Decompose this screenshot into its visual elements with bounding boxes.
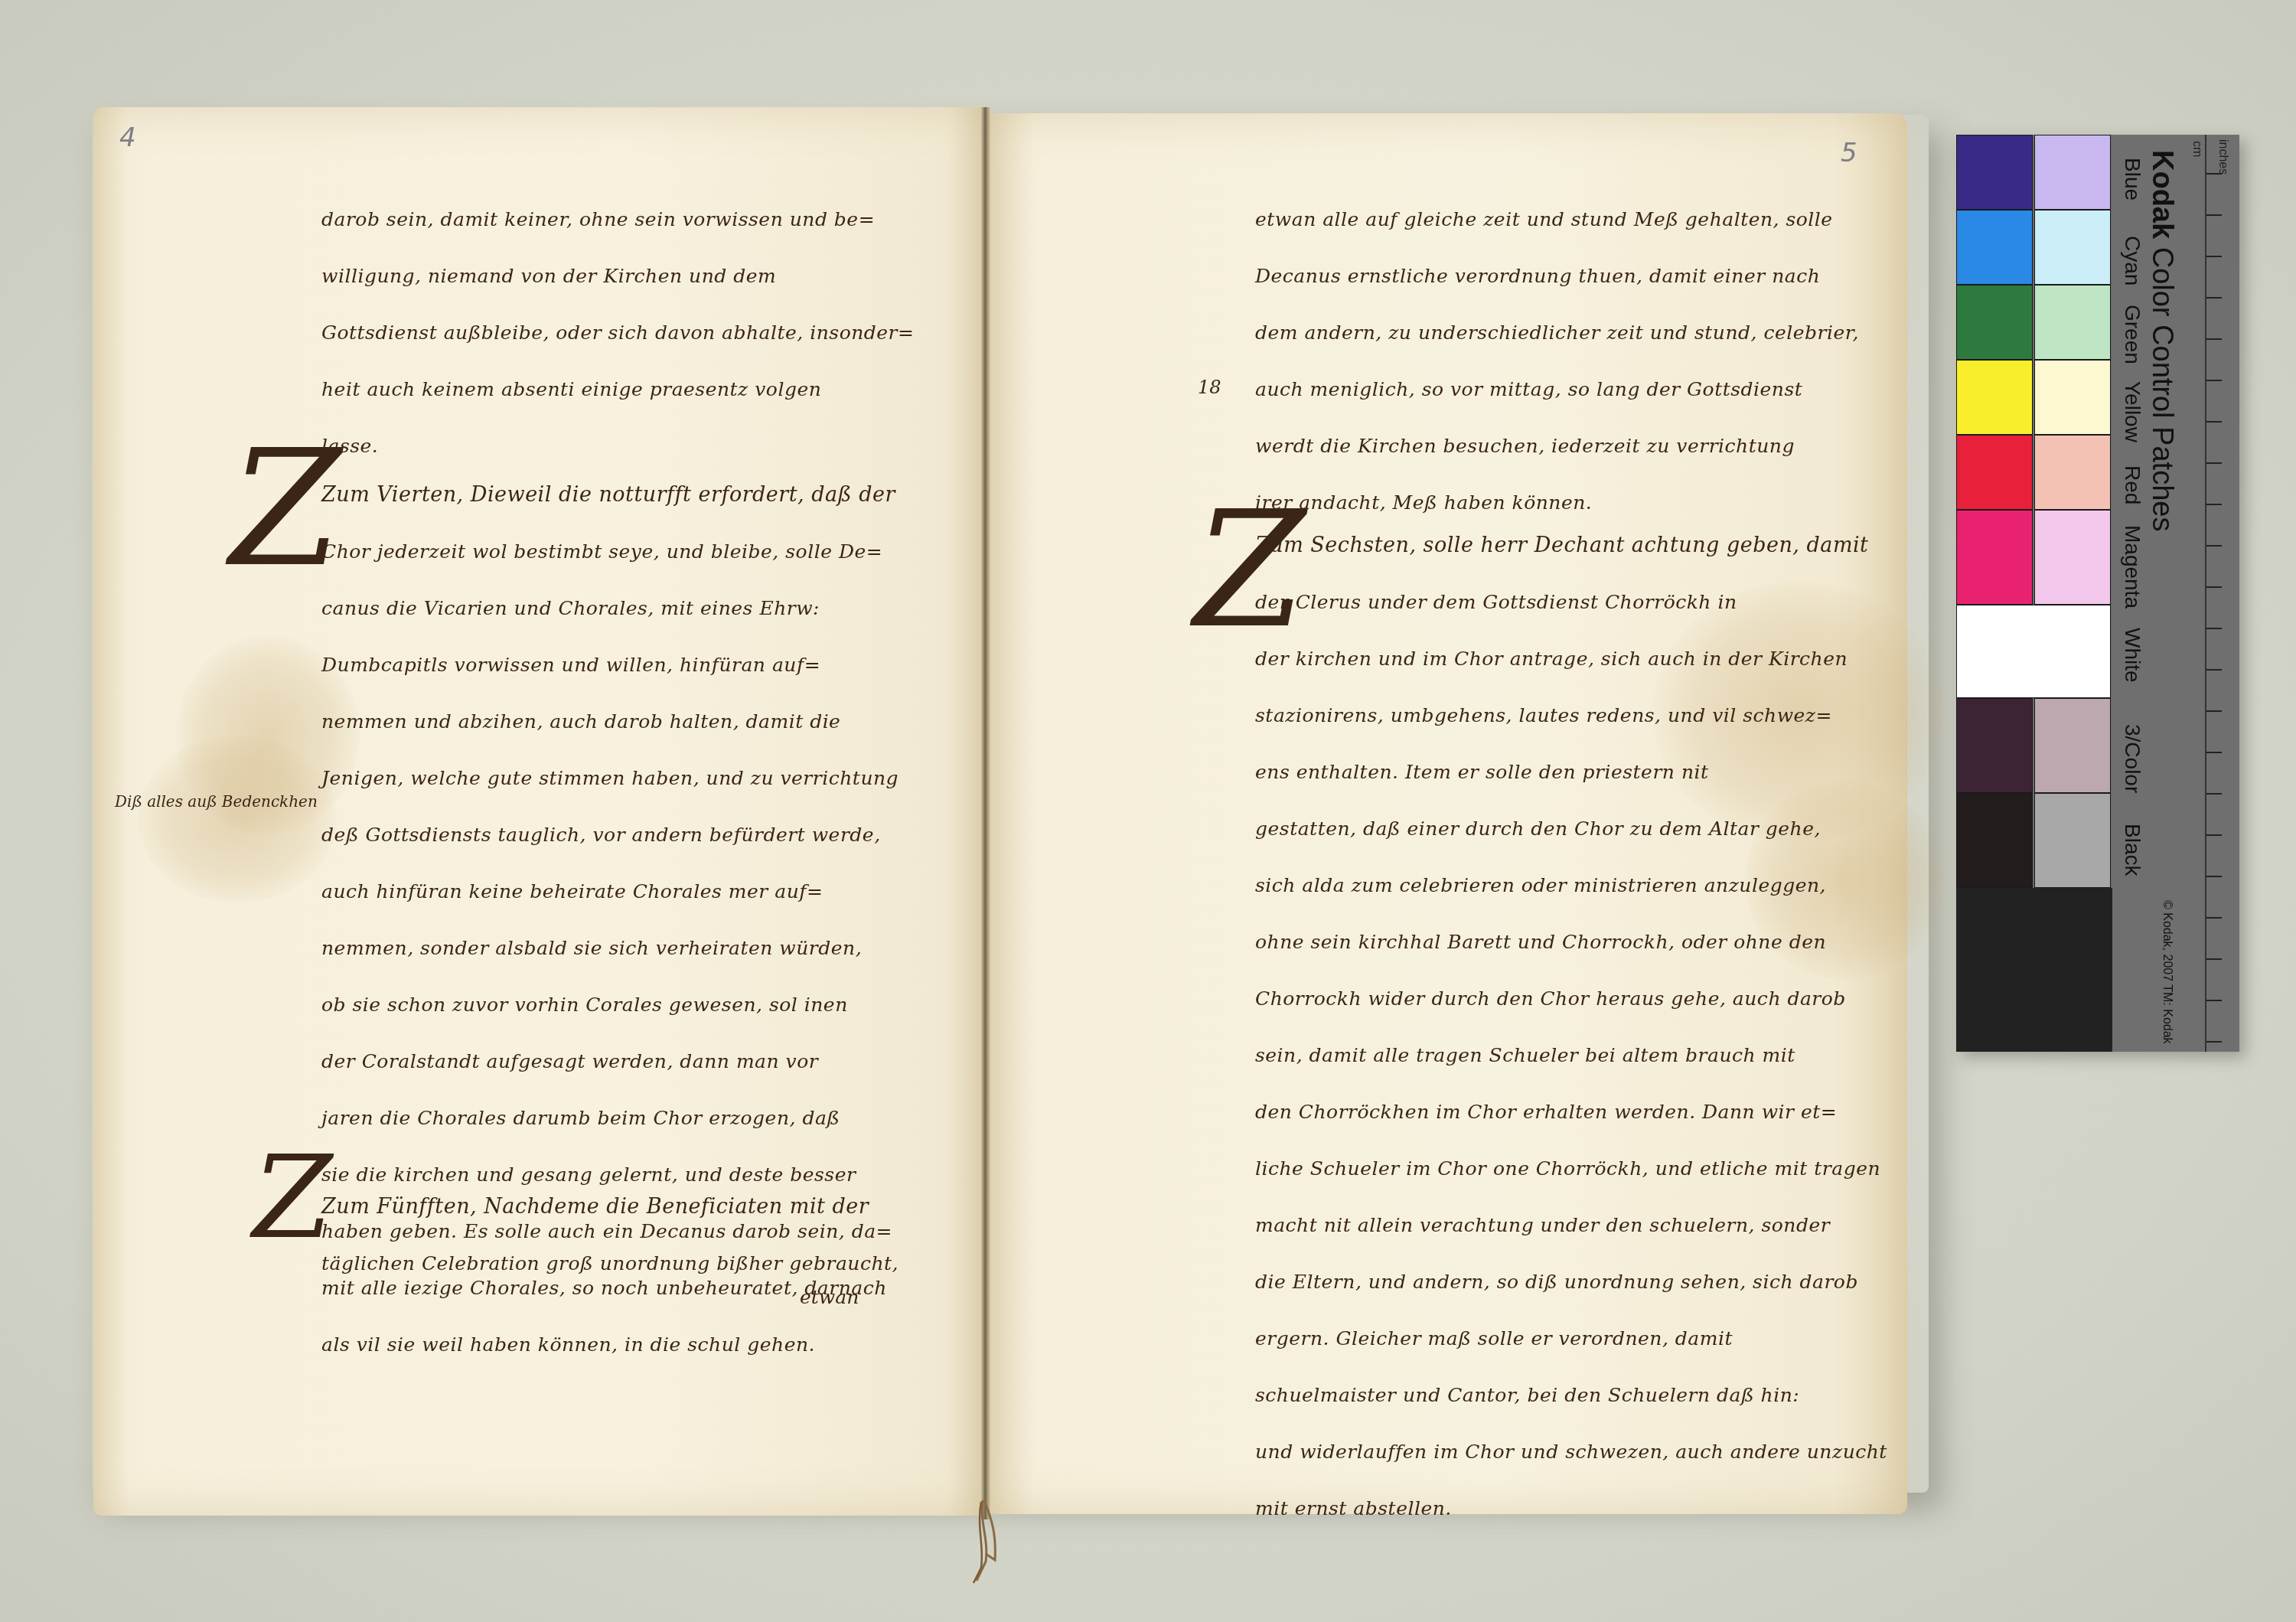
ruler-tick — [2206, 628, 2222, 629]
text-line: Gottsdienst außbleibe, oder sich davon a… — [321, 305, 915, 361]
patch-label-blue: Blue — [2120, 158, 2144, 201]
ruler-tick — [2206, 256, 2222, 257]
text-line: deß Gottsdiensts tauglich, vor andern be… — [321, 807, 899, 863]
ruler-tick — [2206, 876, 2222, 877]
text-line: willigung, niemand von der Kirchen und d… — [321, 248, 915, 305]
ruler-tick — [2206, 338, 2222, 340]
left-page-text-section-5: Zum Fünfften, Nachdeme die Beneficiaten … — [321, 1179, 899, 1292]
target-title: Color Control Patches — [2146, 247, 2178, 532]
text-line: sich alda zum celebrieren oder ministrie… — [1255, 857, 1887, 914]
ruler-tick — [2206, 173, 2222, 175]
ruler-tick — [2206, 1041, 2222, 1043]
ruler-tick — [2206, 793, 2222, 795]
text-line: täglichen Celebration groß unordnung biß… — [321, 1235, 899, 1292]
text-line: schuelmaister und Cantor, bei den Schuel… — [1255, 1367, 1887, 1424]
ruler-tick — [2206, 752, 2222, 753]
section-heading: Zum Fünfften, Nachdeme die Beneficiaten … — [321, 1179, 899, 1235]
text-line: auch meniglich, so vor mittag, so lang d… — [1255, 361, 1859, 418]
margin-number: 18 — [1198, 377, 1221, 398]
right-page-text-section-6: Zum Sechsten, solle herr Dechant achtung… — [1255, 517, 1887, 1537]
patch-3color-dark — [1956, 698, 2033, 793]
text-line: heit auch keinem absenti einige praesent… — [321, 361, 915, 418]
text-line: der kirchen und im Chor antrage, sich au… — [1255, 631, 1887, 687]
section-heading: Zum Vierten, Dieweil die notturfft erfor… — [321, 467, 899, 524]
patch-cyan-light — [2034, 210, 2111, 285]
water-stain — [138, 735, 337, 903]
ruler-tick — [2206, 669, 2222, 671]
text-line: die Eltern, und andern, so diß unordnung… — [1255, 1254, 1887, 1310]
patch-black-extension — [1956, 888, 2112, 1052]
ruler-unit-cm: cm — [2190, 141, 2203, 157]
ruler-tick — [2206, 421, 2222, 423]
folio-number-left: 4 — [119, 122, 136, 153]
text-line: stazionirens, umbgehens, lautes redens, … — [1255, 687, 1887, 744]
text-line: ohne sein kirchhal Barett und Chorrockh,… — [1255, 914, 1887, 971]
ruler-tick — [2206, 504, 2222, 505]
text-line: macht nit allein verachtung under den sc… — [1255, 1197, 1887, 1254]
kodak-color-control-patches: Blue Cyan Green Yellow Red Magenta White… — [1956, 135, 2239, 1052]
patch-red-light — [2034, 435, 2111, 510]
text-line: dem andern, zu underschiedlicher zeit un… — [1255, 305, 1859, 361]
patch-magenta-dark — [1956, 510, 2033, 605]
patch-green-light — [2034, 285, 2111, 360]
ruler-tick — [2206, 214, 2222, 216]
patch-white — [1956, 605, 2111, 698]
text-line: der Coralstandt aufgesagt werden, dann m… — [321, 1033, 899, 1090]
ruler-tick — [2206, 586, 2222, 588]
patch-label-red: Red — [2120, 465, 2144, 504]
patch-blue-dark — [1956, 135, 2033, 210]
ruler-tick — [2206, 545, 2222, 547]
text-line: nemmen und abzihen, auch darob halten, d… — [321, 694, 899, 750]
text-line: ens enthalten. Item er solle den prieste… — [1255, 744, 1887, 801]
patch-red-dark — [1956, 435, 2033, 510]
text-line: den Chorröckhen im Chor erhalten werden.… — [1255, 1084, 1887, 1141]
ruler-unit-inches: inches — [2216, 139, 2229, 175]
binding-thread — [966, 1500, 1004, 1584]
ruler-tick — [2206, 834, 2222, 836]
patch-green-dark — [1956, 285, 2033, 360]
patch-label-green: Green — [2120, 305, 2144, 364]
text-line: und widerlauffen im Chor und schwezen, a… — [1255, 1424, 1887, 1480]
text-line: etwan alle auf gleiche zeit und stund Me… — [1255, 191, 1859, 248]
ruler-tick — [2206, 1000, 2222, 1001]
patch-magenta-light — [2034, 510, 2111, 605]
patch-black-dark — [1956, 793, 2033, 888]
patch-label-black: Black — [2120, 824, 2144, 876]
text-line: Dumbcapitls vorwissen und willen, hinfür… — [321, 637, 899, 694]
text-line: Chor jederzeit wol bestimbt seye, und bl… — [321, 524, 899, 580]
text-line: werdt die Kirchen besuchen, iederzeit zu… — [1255, 418, 1859, 475]
text-line: ergern. Gleicher maß solle er verordnen,… — [1255, 1310, 1887, 1367]
right-page-text: etwan alle auf gleiche zeit und stund Me… — [1255, 191, 1859, 531]
ruler-tick — [2206, 710, 2222, 712]
copyright-notice: © Kodak, 2007 TM: Kodak — [2160, 900, 2174, 1044]
text-line: auch hinfüran keine beheirate Chorales m… — [321, 863, 899, 920]
patch-yellow-dark — [1956, 360, 2033, 435]
patch-label-cyan: Cyan — [2120, 236, 2144, 286]
patch-label-3color: 3/Color — [2120, 724, 2144, 793]
decorated-initial-z: Z — [253, 1141, 332, 1255]
text-line: liche Schueler im Chor one Chorröckh, un… — [1255, 1141, 1887, 1197]
margin-note: Diß alles auß Bedenckhen — [115, 792, 318, 811]
text-line: darob sein, damit keiner, ohne sein vorw… — [321, 191, 915, 248]
patch-yellow-light — [2034, 360, 2111, 435]
text-line: canus die Vicarien und Chorales, mit ein… — [321, 580, 899, 637]
catchword: etwan — [800, 1286, 859, 1308]
text-line: jaren die Chorales darumb beim Chor erzo… — [321, 1090, 899, 1147]
ruler: cm inches — [2205, 135, 2241, 1052]
text-line: Decanus ernstliche verordnung thuen, dam… — [1255, 248, 1859, 305]
section-heading: Zum Sechsten, solle herr Dechant achtung… — [1255, 517, 1887, 574]
text-line: der Clerus under dem Gottsdienst Chorröc… — [1255, 574, 1887, 631]
patch-label-yellow: Yellow — [2120, 381, 2144, 442]
patch-cyan-dark — [1956, 210, 2033, 285]
text-line: Chorrockh wider durch den Chor heraus ge… — [1255, 971, 1887, 1027]
text-line: sein, damit alle tragen Schueler bei alt… — [1255, 1027, 1887, 1084]
text-line: als vil sie weil haben können, in die sc… — [321, 1317, 899, 1373]
text-line: lasse. — [321, 418, 915, 475]
ruler-tick — [2206, 297, 2222, 299]
kodak-logo: Kodak — [2146, 150, 2178, 239]
text-line: mit ernst abstellen. — [1255, 1480, 1887, 1537]
text-line: gestatten, daß einer durch den Chor zu d… — [1255, 801, 1887, 857]
patch-black-light — [2034, 793, 2111, 888]
ruler-tick — [2206, 958, 2222, 960]
patch-3color-light — [2034, 698, 2111, 793]
kodak-brand-title: Kodak Color Control Patches — [2145, 150, 2178, 531]
ruler-tick — [2206, 380, 2222, 381]
patch-label-white: White — [2120, 628, 2144, 683]
patch-blue-light — [2034, 135, 2111, 210]
left-page-text: darob sein, damit keiner, ohne sein vorw… — [321, 191, 915, 475]
text-line: ob sie schon zuvor vorhin Corales gewese… — [321, 977, 899, 1033]
patch-label-magenta: Magenta — [2120, 525, 2144, 609]
ruler-tick — [2206, 462, 2222, 464]
book-gutter — [981, 107, 990, 1519]
folio-number-right: 5 — [1841, 138, 1857, 168]
ruler-tick — [2206, 917, 2222, 919]
text-line: Jenigen, welche gute stimmen haben, und … — [321, 750, 899, 807]
text-line: nemmen, sonder alsbald sie sich verheira… — [321, 920, 899, 977]
